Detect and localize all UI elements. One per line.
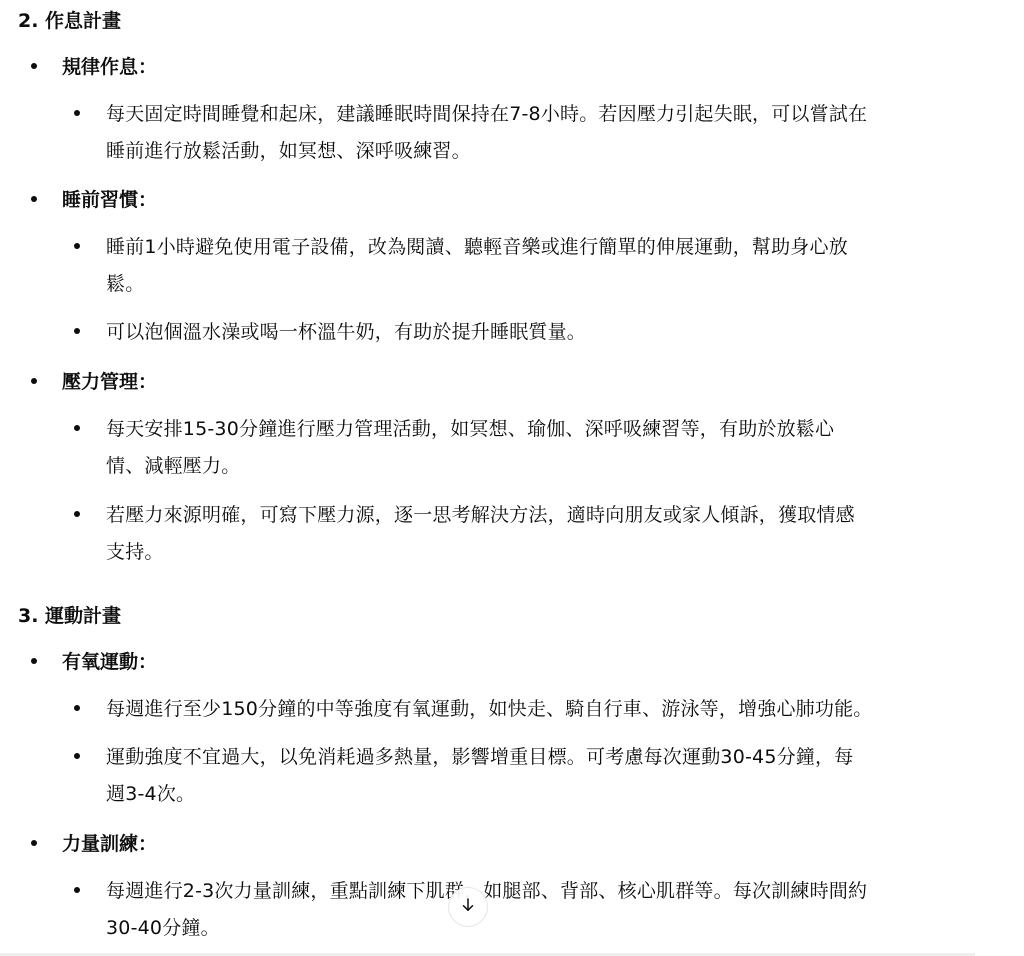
list-item-text: 可以泡個溫水澡或喝一杯溫牛奶，有助於提升睡眠質量。 bbox=[106, 314, 1003, 351]
list-item-text-cont: 情、減輕壓力。 bbox=[106, 448, 1003, 485]
bullet-icon bbox=[73, 739, 81, 776]
list-item-text-cont: 支持。 bbox=[106, 534, 1003, 571]
list-item: 每週進行2-3次力量訓練，重點訓練下肌群，如腿部、背部、核心肌群等。每次訓練時間… bbox=[73, 873, 1003, 947]
bullet-icon bbox=[73, 314, 81, 351]
bullet-icon bbox=[73, 873, 81, 910]
bullet-icon bbox=[73, 411, 81, 448]
list-item: 睡前1小時避免使用電子設備，改為閱讀、聽輕音樂或進行簡單的伸展運動，幫助身心放 … bbox=[73, 229, 1003, 303]
list-item-text-cont: 30-40分鐘。 bbox=[106, 910, 1003, 947]
list-item-text: 每天固定時間睡覺和起床，建議睡眠時間保持在7-8小時。若因壓力引起失眠，可以嘗試… bbox=[106, 96, 1003, 133]
section-heading-exercise-plan: 3. 運動計畫 bbox=[18, 603, 121, 629]
bullet-icon bbox=[73, 229, 81, 266]
list-item: 每天安排15-30分鐘進行壓力管理活動，如冥想、瑜伽、深呼吸練習等，有助於放鬆心… bbox=[73, 411, 1003, 485]
list-item-text-cont: 鬆。 bbox=[106, 266, 1003, 303]
bullet-icon bbox=[73, 691, 81, 728]
group-label: 有氧運動： bbox=[62, 649, 157, 675]
bullet-icon bbox=[30, 369, 38, 395]
group-label: 睡前習慣： bbox=[62, 187, 157, 213]
list-item-text: 每天安排15-30分鐘進行壓力管理活動，如冥想、瑜伽、深呼吸練習等，有助於放鬆心 bbox=[106, 411, 1003, 448]
list-item: 每週進行至少150分鐘的中等強度有氧運動，如快走、騎自行車、游泳等，增強心肺功能… bbox=[73, 691, 1003, 728]
bullet-icon bbox=[30, 649, 38, 675]
group-label: 規律作息： bbox=[62, 54, 157, 80]
scroll-to-bottom-button[interactable] bbox=[448, 887, 488, 927]
section-heading-sleep-plan: 2. 作息計畫 bbox=[18, 8, 121, 34]
bullet-icon bbox=[73, 497, 81, 534]
list-item-text-cont: 睡前進行放鬆活動，如冥想、深呼吸練習。 bbox=[106, 133, 1003, 170]
list-item-text: 睡前1小時避免使用電子設備，改為閱讀、聽輕音樂或進行簡單的伸展運動，幫助身心放 bbox=[106, 229, 1003, 266]
group-label: 壓力管理： bbox=[62, 369, 157, 395]
list-item-text: 若壓力來源明確，可寫下壓力源，逐一思考解決方法，適時向朋友或家人傾訴，獲取情感 bbox=[106, 497, 1003, 534]
list-item: 每天固定時間睡覺和起床，建議睡眠時間保持在7-8小時。若因壓力引起失眠，可以嘗試… bbox=[73, 96, 1003, 170]
list-item-text: 運動強度不宜過大，以免消耗過多熱量，影響增重目標。可考慮每次運動30-45分鐘，… bbox=[106, 739, 1003, 776]
list-item-text-cont: 週3-4次。 bbox=[106, 776, 1003, 813]
list-item-text: 每週進行2-3次力量訓練，重點訓練下肌群，如腿部、背部、核心肌群等。每次訓練時間… bbox=[106, 873, 1003, 910]
list-item: 若壓力來源明確，可寫下壓力源，逐一思考解決方法，適時向朋友或家人傾訴，獲取情感 … bbox=[73, 497, 1003, 571]
bullet-icon bbox=[30, 54, 38, 80]
bullet-icon bbox=[30, 831, 38, 857]
bullet-icon bbox=[30, 187, 38, 213]
bullet-icon bbox=[73, 96, 81, 133]
arrow-down-icon bbox=[459, 896, 477, 918]
list-item: 可以泡個溫水澡或喝一杯溫牛奶，有助於提升睡眠質量。 bbox=[73, 314, 1003, 351]
list-item-text: 每週進行至少150分鐘的中等強度有氧運動，如快走、騎自行車、游泳等，增強心肺功能… bbox=[106, 691, 1003, 728]
group-label: 力量訓練： bbox=[62, 831, 157, 857]
list-item: 運動強度不宜過大，以免消耗過多熱量，影響增重目標。可考慮每次運動30-45分鐘，… bbox=[73, 739, 1003, 813]
